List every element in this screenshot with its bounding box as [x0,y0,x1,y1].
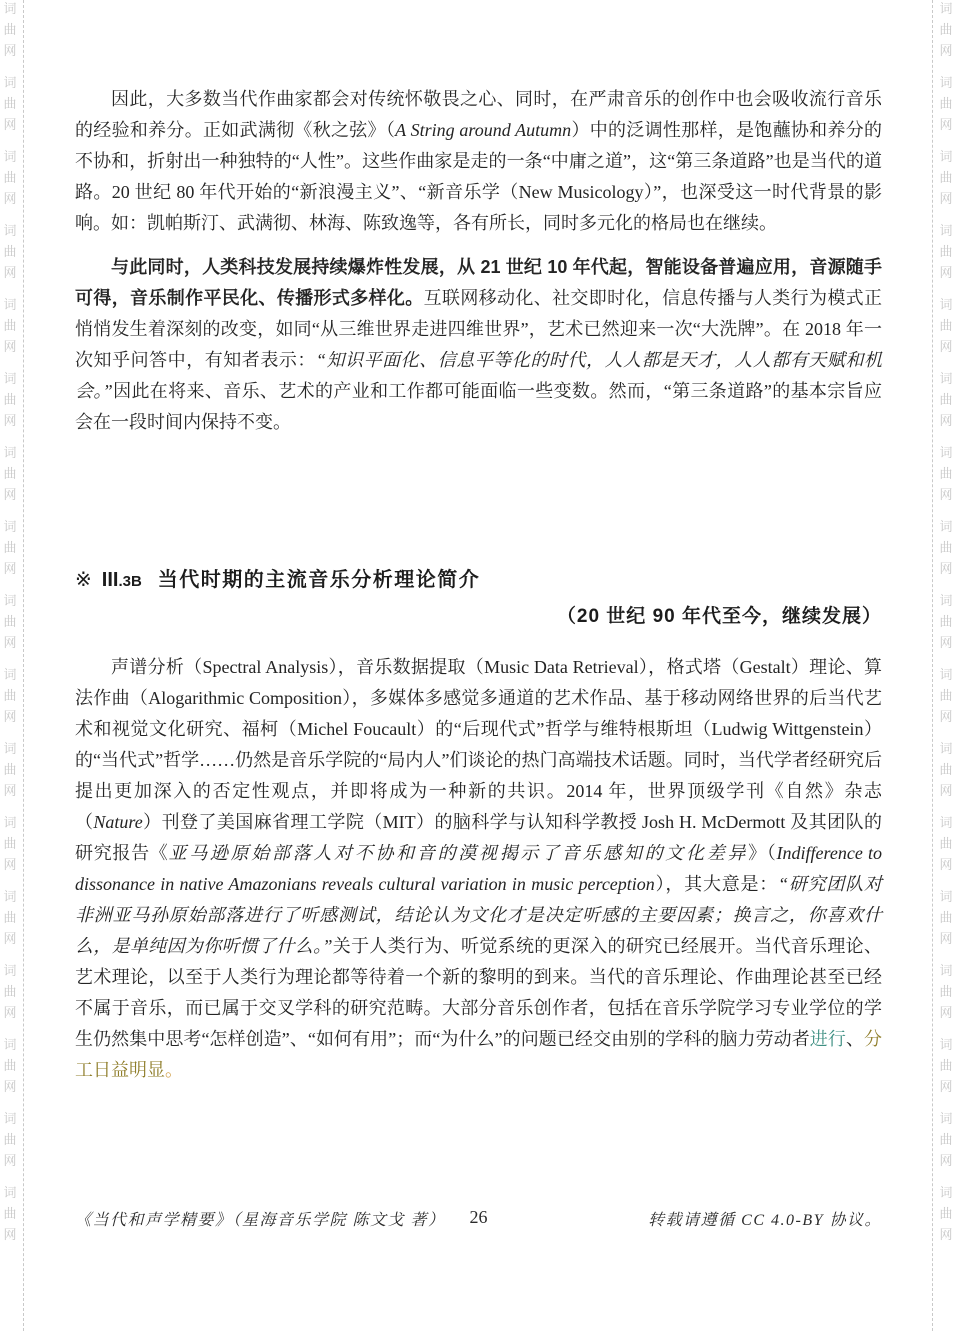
watermark-group: 词曲网 [937,1038,955,1093]
watermark-group: 词曲网 [1,298,19,353]
watermark-char: 网 [937,118,955,131]
watermark-group: 词曲网 [1,1186,19,1241]
watermark-group: 词曲网 [1,594,19,649]
watermark-char: 词 [1,2,19,15]
watermark-group: 词曲网 [937,372,955,427]
watermark-char: 网 [1,1154,19,1167]
watermark-char: 词 [1,816,19,829]
text-segment: Gestalt [740,657,791,677]
watermark-char: 词 [937,816,955,829]
watermark-char: 词 [937,890,955,903]
watermark-char: 网 [937,488,955,501]
watermark-char: 网 [937,44,955,57]
watermark-char: 词 [937,520,955,533]
watermark-char: 曲 [937,97,955,110]
watermark-char: 词 [1,964,19,977]
text-segment: Spectral Analysis [202,657,328,677]
watermark-char: 网 [1,636,19,649]
watermark-char: 词 [1,594,19,607]
watermark-char: 词 [1,668,19,681]
watermark-char: 曲 [1,1207,19,1220]
watermark-char: 词 [1,520,19,533]
watermark-group: 词曲网 [1,668,19,723]
footer-license: 转载请遵循 CC 4.0-BY 协议。 [648,1207,882,1230]
watermark-char: 曲 [1,467,19,480]
watermark-char: 曲 [937,319,955,332]
watermark-char: 词 [937,2,955,15]
watermark-char: 词 [937,446,955,459]
watermark-char: 曲 [1,689,19,702]
watermark-char: 曲 [1,319,19,332]
watermark-char: 词 [937,298,955,311]
watermark-char: 曲 [1,1059,19,1072]
text-segment: Music Data Retrieval [484,657,639,677]
watermark-char: 曲 [937,171,955,184]
watermark-group: 词曲网 [937,1186,955,1241]
text-segment: ）的“后现代式”哲学与维特根斯坦（ [416,719,711,739]
watermark-char: 曲 [937,615,955,628]
section-subtitle: （20 世纪 90 年代至今，继续发展） [75,601,882,628]
watermark-group: 词曲网 [937,150,955,205]
watermark-group: 词曲网 [1,890,19,945]
watermark-char: 网 [937,414,955,427]
watermark-char: 网 [937,562,955,575]
paragraph-technology-era: 与此同时，人类科技发展持续爆炸性发展，从 21 世纪 10 年代起，智能设备普遍… [75,252,882,438]
watermark-group: 词曲网 [1,150,19,205]
watermark-char: 网 [937,1080,955,1093]
right-dashed-border [932,0,933,1331]
watermark-char: 网 [937,784,955,797]
footer-book-title: 《当代和声学精要》（星海音乐学院 陈文戈 著） [75,1207,446,1230]
watermark-group: 词曲网 [937,446,955,501]
watermark-char: 网 [937,858,955,871]
watermark-group: 词曲网 [937,1112,955,1167]
watermark-char: 网 [1,1006,19,1019]
watermark-char: 曲 [1,541,19,554]
watermark-char: 曲 [1,393,19,406]
watermark-char: 曲 [937,1059,955,1072]
watermark-group: 词曲网 [937,298,955,353]
watermark-char: 曲 [1,23,19,36]
watermark-char: 网 [1,562,19,575]
watermark-char: 网 [1,118,19,131]
watermark-group: 词曲网 [937,594,955,649]
watermark-char: 词 [1,76,19,89]
watermark-char: 网 [1,340,19,353]
watermark-group: 词曲网 [1,520,19,575]
text-segment: 、 [846,1029,864,1049]
watermark-char: 网 [1,784,19,797]
watermark-group: 词曲网 [1,816,19,871]
section-title: 当代时期的主流音乐分析理论简介 [158,569,481,591]
watermark-group: 词曲网 [1,742,19,797]
watermark-char: 网 [937,1228,955,1241]
watermark-char: 曲 [1,837,19,850]
watermark-char: 曲 [1,1133,19,1146]
text-segment: ），音乐数据提取（ [328,657,484,677]
watermark-char: 网 [1,1080,19,1093]
paragraph-analysis-theories: 声谱分析（Spectral Analysis），音乐数据提取（Music Dat… [75,652,882,1086]
watermark-char: 词 [1,1112,19,1125]
watermark-char: 网 [937,1006,955,1019]
text-segment: Nature [93,812,142,832]
watermark-char: 曲 [1,245,19,258]
section-heading: ※III.3B当代时期的主流音乐分析理论简介 [75,563,480,592]
watermark-char: 词 [1,224,19,237]
watermark-char: 曲 [937,23,955,36]
text-segment: 因此在将来、音乐、艺术的产业和工作都可能面临一些变数。然而，“第三条道路”的基本… [75,381,882,432]
watermark-char: 网 [1,488,19,501]
watermark-group: 词曲网 [1,372,19,427]
watermark-group: 词曲网 [937,816,955,871]
text-segment: ），其大意是： [655,874,778,894]
section-number-suffix: .3B [118,573,141,590]
watermark-group: 词曲网 [937,668,955,723]
watermark-char: 词 [937,742,955,755]
watermark-char: 曲 [937,837,955,850]
watermark-group: 词曲网 [937,742,955,797]
watermark-char: 曲 [937,689,955,702]
watermark-char: 词 [1,1038,19,1051]
watermark-char: 曲 [937,467,955,480]
watermark-char: 网 [937,340,955,353]
text-segment: 亚马逊原始部落人对不协和音的漠视揭示了音乐感知的文化差异 [169,843,749,863]
watermark-char: 曲 [937,911,955,924]
text-segment: 》（ [748,843,776,863]
paragraph-tradition-and-pop: 因此，大多数当代作曲家都会对传统怀敬畏之心、同时，在严肃音乐的创作中也会吸收流行… [75,84,882,239]
watermark-char: 词 [1,742,19,755]
text-segment: Alogarithmic Composition [148,688,342,708]
watermark-char: 曲 [937,1207,955,1220]
watermark-column-right: 词曲网词曲网词曲网词曲网词曲网词曲网词曲网词曲网词曲网词曲网词曲网词曲网词曲网词… [937,2,955,1331]
watermark-char: 网 [1,414,19,427]
watermark-char: 词 [1,298,19,311]
watermark-char: 网 [1,710,19,723]
watermark-group: 词曲网 [1,446,19,501]
watermark-char: 曲 [937,393,955,406]
watermark-group: 词曲网 [1,1038,19,1093]
text-segment: 声谱分析（ [111,657,202,677]
watermark-char: 词 [937,594,955,607]
watermark-char: 网 [1,932,19,945]
text-segment: Michel Foucault [297,719,416,739]
watermark-char: 曲 [1,985,19,998]
text-segment: A String around Autumn [395,120,571,140]
watermark-char: 曲 [1,615,19,628]
watermark-char: 词 [937,224,955,237]
watermark-char: 词 [1,150,19,163]
watermark-char: 词 [1,372,19,385]
watermark-group: 词曲网 [1,1112,19,1167]
watermark-char: 网 [1,1228,19,1241]
watermark-char: 词 [937,150,955,163]
watermark-char: 曲 [1,171,19,184]
watermark-char: 网 [1,858,19,871]
watermark-group: 词曲网 [1,76,19,131]
text-segment: 进行 [810,1029,846,1049]
watermark-char: 词 [937,668,955,681]
watermark-char: 词 [937,76,955,89]
watermark-char: 词 [937,1038,955,1051]
watermark-char: 网 [937,192,955,205]
watermark-group: 词曲网 [937,224,955,279]
watermark-char: 曲 [1,97,19,110]
watermark-char: 词 [1,890,19,903]
watermark-char: 网 [937,932,955,945]
watermark-group: 词曲网 [937,76,955,131]
watermark-group: 词曲网 [937,2,955,57]
watermark-char: 曲 [937,245,955,258]
watermark-group: 词曲网 [1,224,19,279]
text-segment: ），格式塔（ [639,657,740,677]
watermark-group: 词曲网 [937,520,955,575]
left-dashed-border [23,0,24,1331]
watermark-char: 词 [1,446,19,459]
watermark-char: 网 [1,44,19,57]
watermark-column-left: 词曲网词曲网词曲网词曲网词曲网词曲网词曲网词曲网词曲网词曲网词曲网词曲网词曲网词… [1,2,19,1331]
watermark-char: 曲 [937,985,955,998]
watermark-char: 曲 [1,911,19,924]
watermark-char: 网 [1,192,19,205]
text-segment: Ludwig Wittgenstein [712,719,864,739]
watermark-char: 曲 [937,763,955,776]
watermark-char: 网 [937,710,955,723]
watermark-char: 网 [937,1154,955,1167]
watermark-char: 词 [1,1186,19,1199]
page-footer: 26 《当代和声学精要》（星海音乐学院 陈文戈 著） 转载请遵循 CC 4.0-… [75,1207,882,1231]
watermark-char: 网 [1,266,19,279]
watermark-group: 词曲网 [1,2,19,57]
watermark-char: 曲 [937,1133,955,1146]
watermark-group: 词曲网 [937,964,955,1019]
watermark-char: 词 [937,1112,955,1125]
watermark-char: 网 [937,266,955,279]
watermark-char: 词 [937,964,955,977]
watermark-group: 词曲网 [1,964,19,1019]
section-number: III [102,569,119,591]
watermark-group: 词曲网 [937,890,955,945]
text-segment: 。 [165,1060,183,1080]
watermark-char: 曲 [1,763,19,776]
section-marker: ※ [75,569,92,591]
watermark-char: 曲 [937,541,955,554]
watermark-char: 词 [937,372,955,385]
watermark-char: 词 [937,1186,955,1199]
watermark-char: 网 [937,636,955,649]
